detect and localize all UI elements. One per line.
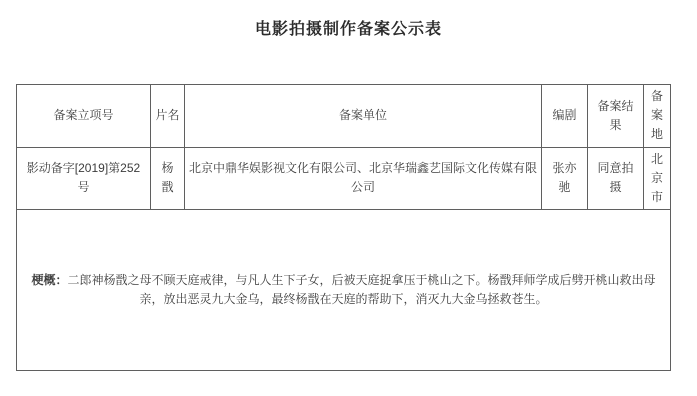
cell-filing-unit: 北京中鼎华娱影视文化有限公司、北京华瑞鑫艺国际文化传媒有限公司 <box>185 147 542 210</box>
film-title-value: 杨戬 <box>161 159 174 197</box>
header-screenwriter: 编剧 <box>542 85 588 148</box>
header-screenwriter-label: 编剧 <box>552 108 576 122</box>
synopsis-row: 梗概：二郎神杨戬之母不顾天庭戒律，与凡人生下子女，后被天庭捉拿压于桃山之下。杨戬… <box>17 210 671 371</box>
synopsis-text: 二郎神杨戬之母不顾天庭戒律，与凡人生下子女，后被天庭捉拿压于桃山之下。杨戬拜师学… <box>68 273 656 306</box>
header-filing-location-label: 备案地 <box>651 87 664 145</box>
cell-filing-result: 同意拍摄 <box>588 147 644 210</box>
synopsis-cell: 梗概：二郎神杨戬之母不顾天庭戒律，与凡人生下子女，后被天庭捉拿压于桃山之下。杨戬… <box>17 210 671 371</box>
synopsis-label: 梗概： <box>31 273 67 287</box>
header-filing-location: 备案地 <box>644 85 671 148</box>
header-filing-unit-label: 备案单位 <box>339 108 387 122</box>
filing-number-value: 影动备字[2019]第252号 <box>22 159 146 197</box>
table-row: 影动备字[2019]第252号 杨戬 北京中鼎华娱影视文化有限公司、北京华瑞鑫艺… <box>17 147 671 210</box>
header-film-title: 片名 <box>151 85 185 148</box>
cell-filing-number: 影动备字[2019]第252号 <box>17 147 151 210</box>
filing-unit-value: 北京中鼎华娱影视文化有限公司、北京华瑞鑫艺国际文化传媒有限公司 <box>189 161 537 194</box>
filing-location-value: 北京市 <box>651 150 664 208</box>
filing-result-value: 同意拍摄 <box>597 159 635 197</box>
header-filing-unit: 备案单位 <box>185 85 542 148</box>
cell-film-title: 杨戬 <box>151 147 185 210</box>
cell-filing-location: 北京市 <box>644 147 671 210</box>
header-filing-result-label: 备案结果 <box>597 97 635 135</box>
header-filing-result: 备案结果 <box>588 85 644 148</box>
cell-screenwriter: 张亦驰 <box>542 147 588 210</box>
filing-table: 备案立项号 片名 备案单位 编剧 备案结果 备案地 影动备字[2019]第252… <box>16 84 671 371</box>
header-filing-number: 备案立项号 <box>17 85 151 148</box>
screenwriter-value: 张亦驰 <box>552 159 578 197</box>
header-filing-number-label: 备案立项号 <box>53 108 113 122</box>
header-film-title-label: 片名 <box>155 108 179 122</box>
table-header-row: 备案立项号 片名 备案单位 编剧 备案结果 备案地 <box>17 85 671 148</box>
page-title: 电影拍摄制作备案公示表 <box>0 16 697 39</box>
